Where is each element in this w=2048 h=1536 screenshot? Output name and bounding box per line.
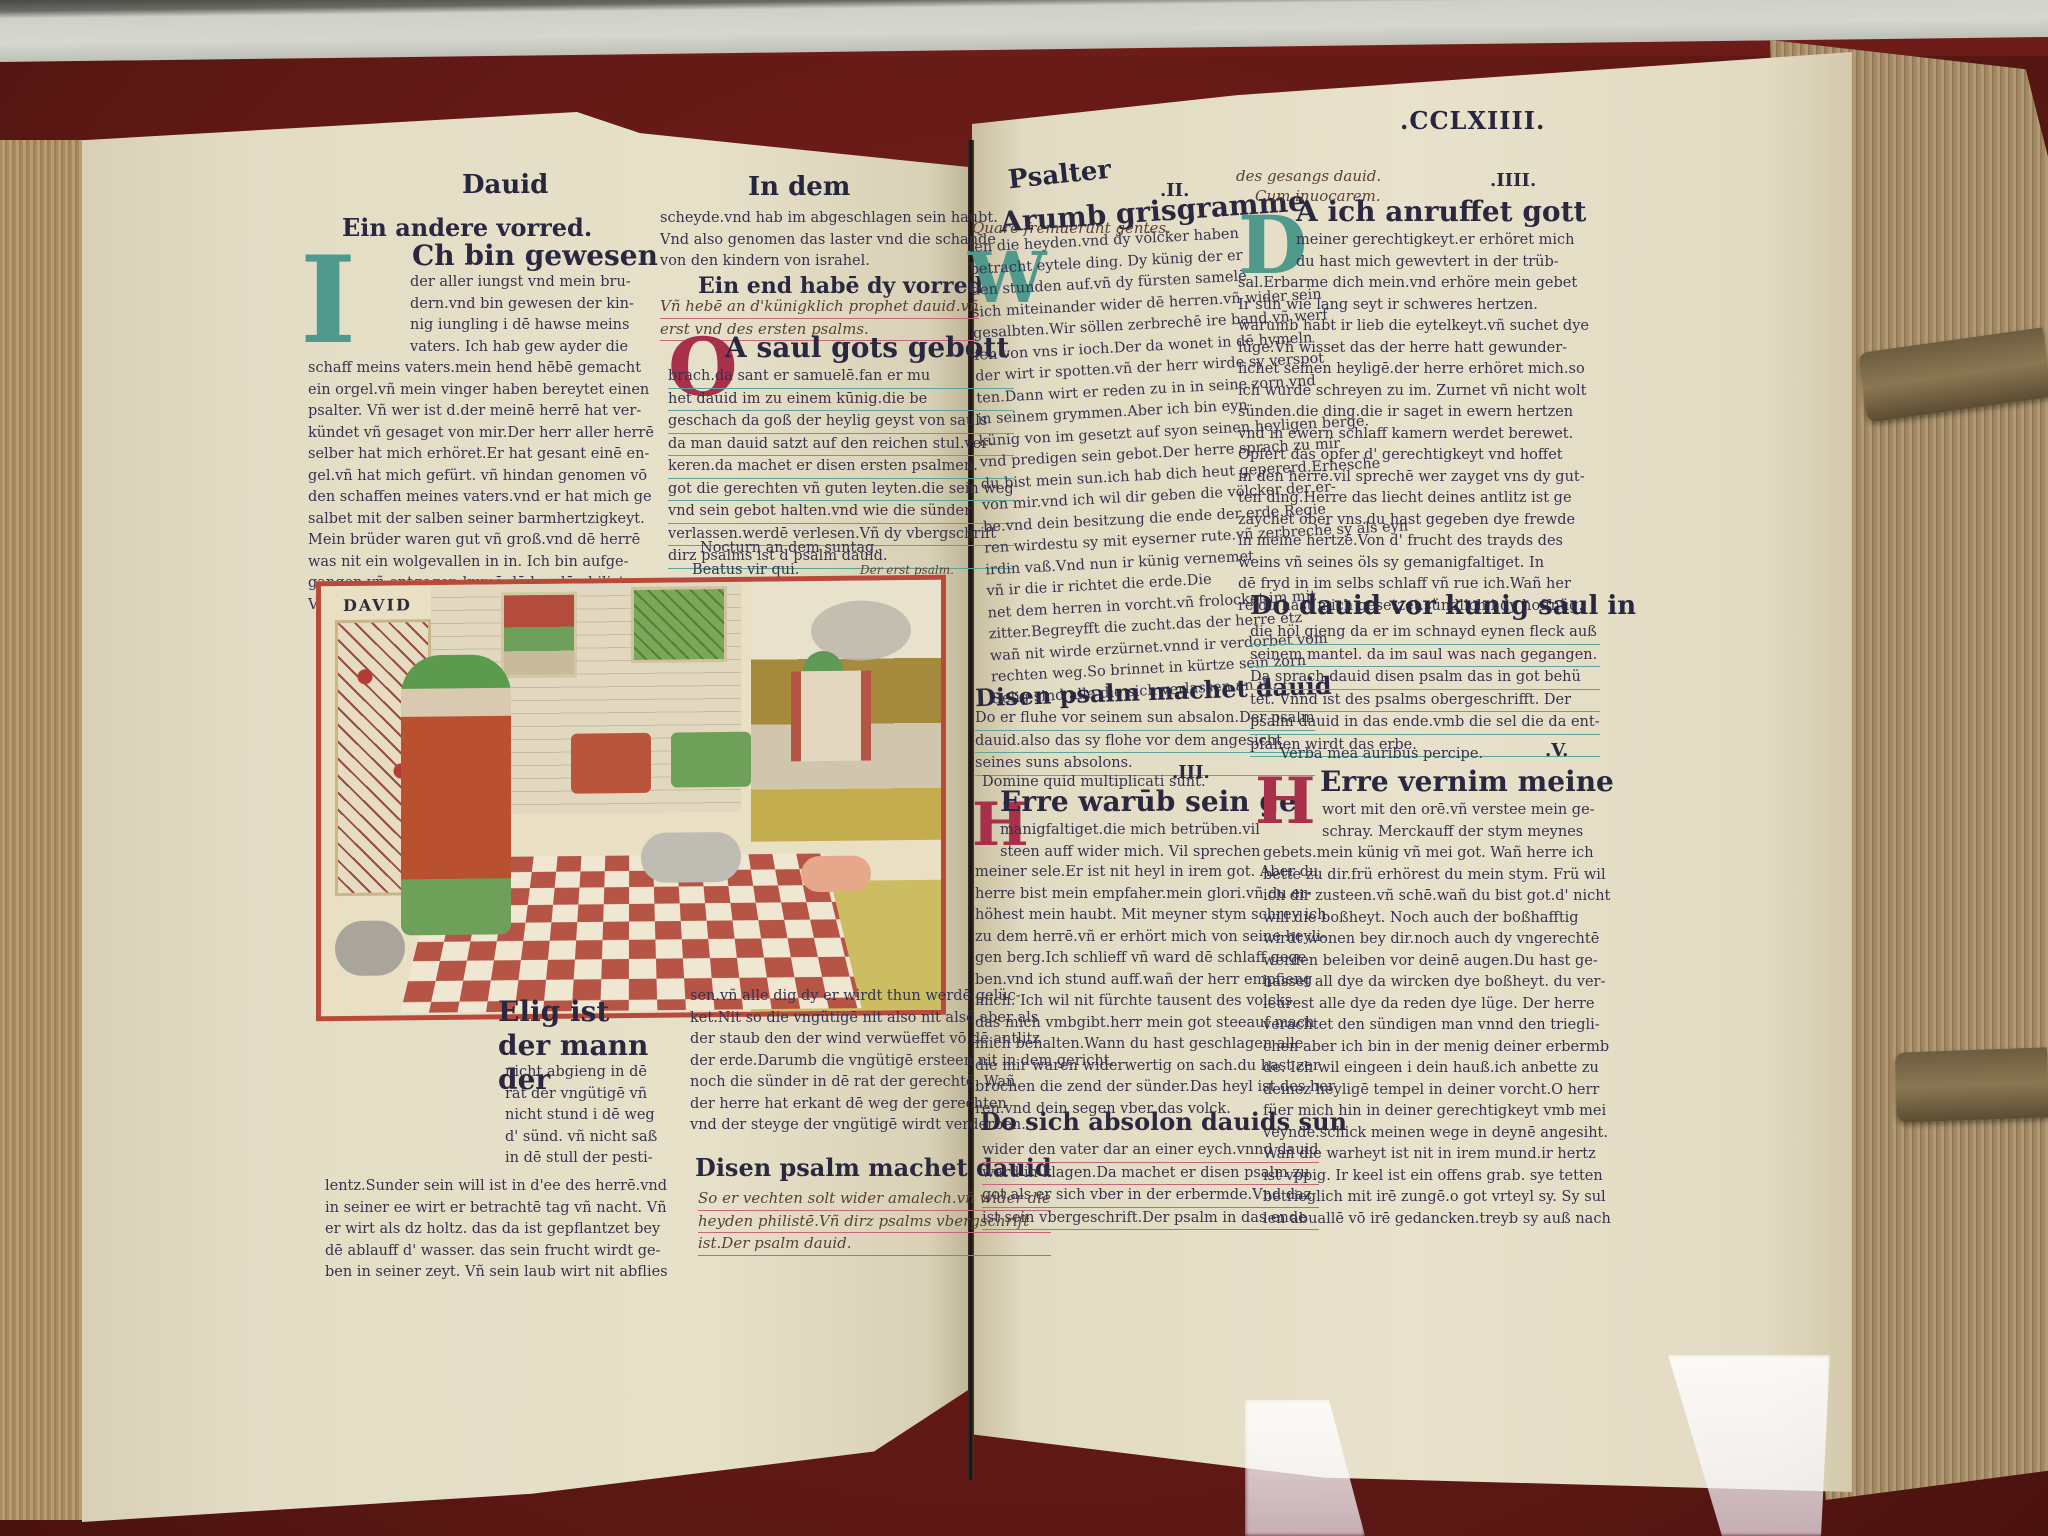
left-fore-edge <box>0 140 95 1520</box>
text-column: lentz.Sunder sein will ist in d'ee des h… <box>325 1176 668 1284</box>
woodcut-green-cushion <box>671 732 751 788</box>
folio-number: .CCLXIIII. <box>1400 106 1545 135</box>
text-column: wort mit den orē.vñ verstee mein ge-schr… <box>1322 800 1595 843</box>
text-column: nicht abgieng in dērat der vngütigē vñni… <box>505 1062 657 1170</box>
woodcut-castle <box>791 670 871 761</box>
text-column: meiner gerechtigkeyt.er erhöret michdu h… <box>1296 230 1575 273</box>
decorated-initial-I: I <box>300 230 356 371</box>
display-case-frame <box>0 0 2048 62</box>
woodcut-orange-dog <box>801 855 871 892</box>
woodcut-grey-dog <box>335 920 405 976</box>
section-heading: Ch bin gewesen <box>412 240 658 272</box>
section-heading: A saul gots gebott <box>725 332 1009 364</box>
psalm-number: .III. <box>1172 762 1210 783</box>
section-heading: A ich anruffet gott <box>1296 196 1586 228</box>
woodcut-white-dog <box>641 832 741 883</box>
psalm-number: .V. <box>1545 740 1568 761</box>
text-column: der aller iungst vnd mein bru-dern.vnd b… <box>410 272 634 358</box>
section-heading: Erre warūb sein ge <box>1000 786 1297 818</box>
text-column: manigfaltiget.die mich betrüben.vilsteen… <box>1000 820 1261 863</box>
hand-colored-woodcut-david: DAVID <box>316 575 946 1022</box>
section-heading: Erre vernim meine <box>1320 766 1614 798</box>
running-head-left: Dauid <box>462 170 548 200</box>
psalm-incipit: Verba mea auribus percipe. <box>1280 744 1483 766</box>
text-column: sal.Erbarme dich mein.vnd erhöre mein ge… <box>1238 273 1589 617</box>
running-head-left-2: In dem <box>748 172 850 202</box>
rubric-nocturn: Nocturn an dem suntag. <box>700 538 879 560</box>
woodcut-label: DAVID <box>343 595 412 615</box>
woodcut-red-cushion <box>571 733 651 794</box>
rubric-text: des gesangs dauid. <box>1236 166 1381 188</box>
text-column: gebets.mein künig vñ mei got. Wañ herre … <box>1263 843 1611 1230</box>
text-column: scheyde.vnd hab im abgeschlagen sein hau… <box>660 208 998 273</box>
decorated-initial-H: H <box>1255 764 1315 839</box>
section-heading: Do dauid vor kunig saul in <box>1250 590 1636 622</box>
woodcut-bookshelf <box>501 592 577 679</box>
woodcut-green-window <box>631 586 727 663</box>
book-clasp-lower <box>1895 1047 2048 1122</box>
psalm-number: .IIII. <box>1490 170 1536 191</box>
woodcut-king-david-with-harp <box>401 654 511 935</box>
rubric-text: die höl gieng da er im schnayd eynen fle… <box>1250 622 1600 757</box>
